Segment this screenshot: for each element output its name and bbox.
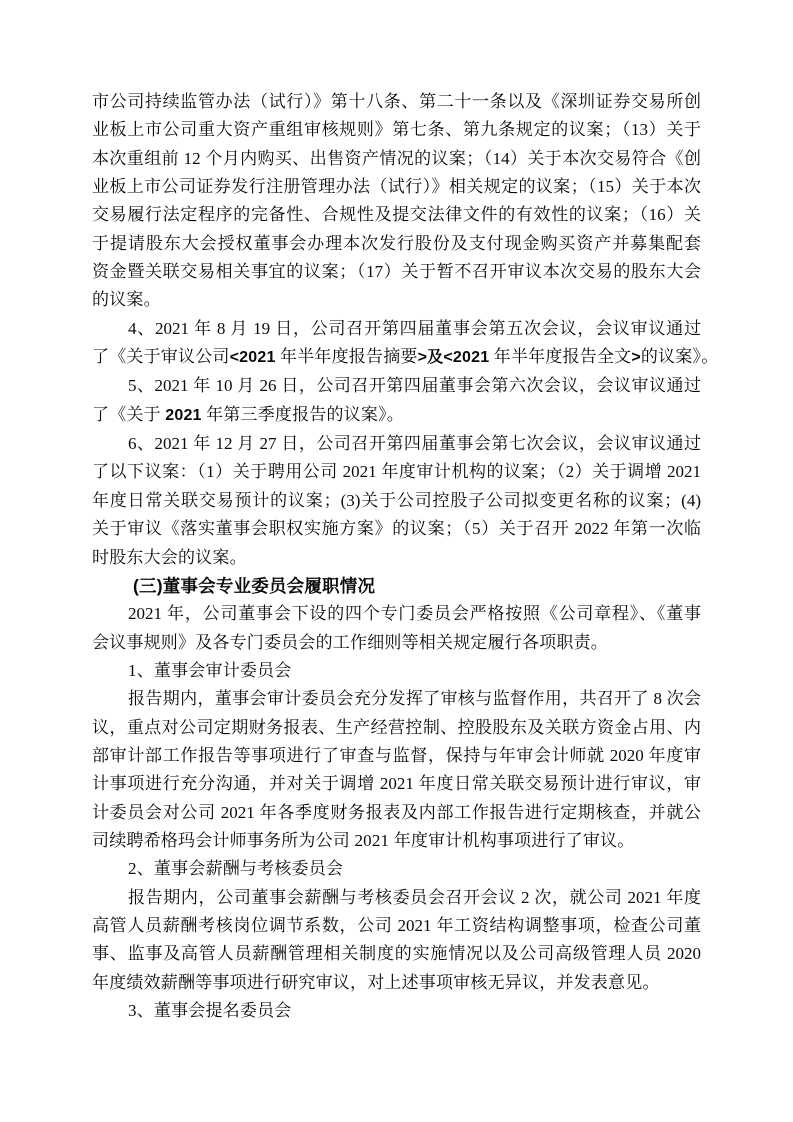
para-7-line-3: 事、监事及高管人员薪酬管理相关制度的实施情况以及公司高级管理人员 2020 xyxy=(92,940,701,968)
bold-number-segment: 2021 xyxy=(165,407,201,424)
para-4-line-4: 关于审议《落实董事会职权实施方案》的议案；（5）关于召开 2022 年第一次临 xyxy=(92,515,701,543)
para-6-line-2: 议，重点对公司定期财务报表、生产经营控制、控股股东及关联方资金占用、内 xyxy=(92,714,701,742)
text-segment: 部审计部工作报告等事项进行了审查与监督，保持与年审会计师就 2020 年度审 xyxy=(92,746,701,765)
para-6-line-6: 司续聘希格玛会计师事务所为公司 2021 年度审计机构事项进行了审议。 xyxy=(92,827,701,855)
text-segment: (三)董事会专业委员会履职情况 xyxy=(133,576,375,596)
text-segment: 业板上市公司证券发行注册管理办法（试行）》相关规定的议案；（15）关于本次 xyxy=(92,177,701,196)
text-segment: 高管人员薪酬考核岗位调节系数，公司 2021 年工资结构调整事项，检查公司董 xyxy=(92,916,701,935)
text-segment: 年度绩效薪酬等事项进行研究审议，对上述事项审核无异议，并发表意见。 xyxy=(92,973,660,992)
text-segment: 本次重组前 12 个月内购买、出售资产情况的议案；（14）关于本次交易符合《创 xyxy=(92,149,701,168)
text-segment: 2、董事会薪酬与考核委员会 xyxy=(128,859,343,878)
para-7-line-1: 报告期内，公司董事会薪酬与考核委员会召开会议 2 次，就公司 2021 年度 xyxy=(92,884,701,912)
subheading-3: 3、董事会提名委员会 xyxy=(92,997,701,1025)
subheading-1: 1、董事会审计委员会 xyxy=(92,657,701,685)
text-segment: 事、监事及高管人员薪酬管理相关制度的实施情况以及公司高级管理人员 2020 xyxy=(92,944,701,963)
text-segment: 资金暨关联交易相关事宜的议案；（17）关于暂不召开审议本次交易的股东大会 xyxy=(92,262,701,281)
para-7-line-4: 年度绩效薪酬等事项进行研究审议，对上述事项审核无异议，并发表意见。 xyxy=(92,969,701,997)
section-heading: (三)董事会专业委员会履职情况 xyxy=(92,572,701,600)
text-segment: 于提请股东大会授权董事会办理本次发行股份及支付现金购买资产并募集配套 xyxy=(92,234,701,253)
bold-number-segment: >及<2021 xyxy=(418,349,490,366)
para-1-line-5: 交易履行法定程序的完备性、合规性及提交法律文件的有效性的议案；（16）关 xyxy=(92,201,701,229)
para-3-line-1: 5、2021 年 10 月 26 日，公司召开第四届董事会第六次会议，会议审议通… xyxy=(92,372,701,400)
text-segment: 了《关于 xyxy=(92,405,165,424)
text-segment: 报告期内，董事会审计委员会充分发挥了审核与监督作用，共召开了 8 次会 xyxy=(128,689,701,708)
text-segment: 的议案。 xyxy=(92,290,161,309)
para-1-line-7: 资金暨关联交易相关事宜的议案；（17）关于暂不召开审议本次交易的股东大会 xyxy=(92,258,701,286)
para-4-line-5: 时股东大会的议案。 xyxy=(92,544,701,572)
para-6-line-3: 部审计部工作报告等事项进行了审查与监督，保持与年审会计师就 2020 年度审 xyxy=(92,742,701,770)
text-segment: 1、董事会审计委员会 xyxy=(128,661,292,680)
para-6-line-4: 计事项进行充分沟通，并对关于调增 2021 年度日常关联交易预计进行审议，审 xyxy=(92,770,701,798)
text-segment: 会议事规则》及各专门委员会的工作细则等相关规定履行各项职责。 xyxy=(92,633,608,652)
bold-number-segment: > xyxy=(631,349,641,366)
para-6-line-1: 报告期内，董事会审计委员会充分发挥了审核与监督作用，共召开了 8 次会 xyxy=(92,685,701,713)
para-3-line-2: 了《关于 2021 年第三季度报告的议案》。 xyxy=(92,401,701,430)
document-content: 市公司持续监管办法（试行）》第十八条、第二十一条以及《深圳证券交易所创业板上市公… xyxy=(92,88,701,1025)
para-4-line-3: 年度日常关联交易预计的议案；(3)关于公司控股子公司拟变更名称的议案；(4) xyxy=(92,487,701,515)
para-1-line-1: 市公司持续监管办法（试行）》第十八条、第二十一条以及《深圳证券交易所创 xyxy=(92,88,701,116)
para-5-line-1: 2021 年，公司董事会下设的四个专门委员会严格按照《公司章程》、《董事 xyxy=(92,600,701,628)
para-1-line-3: 本次重组前 12 个月内购买、出售资产情况的议案；（14）关于本次交易符合《创 xyxy=(92,145,701,173)
text-segment: 了《关于审议公司 xyxy=(92,347,230,366)
text-segment: 报告期内，公司董事会薪酬与考核委员会召开会议 2 次，就公司 2021 年度 xyxy=(128,888,701,907)
text-segment: 年半年度报告摘要 xyxy=(276,347,418,366)
para-2-line-2: 了《关于审议公司<2021 年半年度报告摘要>及<2021 年半年度报告全文>的… xyxy=(92,343,701,372)
text-segment: 年度日常关联交易预计的议案；(3)关于公司控股子公司拟变更名称的议案；(4) xyxy=(92,491,701,510)
para-4-line-1: 6、2021 年 12 月 27 日，公司召开第四届董事会第七次会议，会议审议通… xyxy=(92,430,701,458)
para-7-line-2: 高管人员薪酬考核岗位调节系数，公司 2021 年工资结构调整事项，检查公司董 xyxy=(92,912,701,940)
text-segment: 市公司持续监管办法（试行）》第十八条、第二十一条以及《深圳证券交易所创 xyxy=(92,92,701,111)
para-6-line-5: 计委员会对公司 2021 年各季度财务报表及内部工作报告进行定期核查，并就公 xyxy=(92,799,701,827)
text-segment: 计事项进行充分沟通，并对关于调增 2021 年度日常关联交易预计进行审议，审 xyxy=(92,774,701,793)
para-1-line-4: 业板上市公司证券发行注册管理办法（试行）》相关规定的议案；（15）关于本次 xyxy=(92,173,701,201)
text-segment: 6、2021 年 12 月 27 日，公司召开第四届董事会第七次会议，会议审议通… xyxy=(128,434,701,453)
subheading-2: 2、董事会薪酬与考核委员会 xyxy=(92,855,701,883)
para-1-line-6: 于提请股东大会授权董事会办理本次发行股份及支付现金购买资产并募集配套 xyxy=(92,230,701,258)
text-segment: 了以下议案：（1）关于聘用公司 2021 年度审计机构的议案；（2）关于调增 2… xyxy=(92,462,701,481)
para-4-line-2: 了以下议案：（1）关于聘用公司 2021 年度审计机构的议案；（2）关于调增 2… xyxy=(92,458,701,486)
text-segment: 5、2021 年 10 月 26 日，公司召开第四届董事会第六次会议，会议审议通… xyxy=(128,376,701,395)
text-segment: 交易履行法定程序的完备性、合规性及提交法律文件的有效性的议案；（16）关 xyxy=(92,205,701,224)
para-1-line-8: 的议案。 xyxy=(92,286,701,314)
para-2-line-1: 4、2021 年 8 月 19 日，公司召开第四届董事会第五次会议，会议审议通过 xyxy=(92,315,701,343)
para-5-line-2: 会议事规则》及各专门委员会的工作细则等相关规定履行各项职责。 xyxy=(92,629,701,657)
text-segment: 4、2021 年 8 月 19 日，公司召开第四届董事会第五次会议，会议审议通过 xyxy=(128,319,701,338)
text-segment: 年第三季度报告的议案》。 xyxy=(202,405,404,424)
text-segment: 3、董事会提名委员会 xyxy=(128,1001,292,1020)
text-segment: 2021 年，公司董事会下设的四个专门委员会严格按照《公司章程》、《董事 xyxy=(128,604,701,623)
para-1-line-2: 业板上市公司重大资产重组审核规则》第七条、第九条规定的议案；（13）关于 xyxy=(92,116,701,144)
text-segment: 关于审议《落实董事会职权实施方案》的议案；（5）关于召开 2022 年第一次临 xyxy=(92,519,701,538)
bold-number-segment: <2021 xyxy=(230,349,276,366)
text-segment: 议，重点对公司定期财务报表、生产经营控制、控股股东及关联方资金占用、内 xyxy=(92,718,701,737)
text-segment: 时股东大会的议案。 xyxy=(92,548,247,567)
text-segment: 计委员会对公司 2021 年各季度财务报表及内部工作报告进行定期核查，并就公 xyxy=(92,803,701,822)
text-segment: 业板上市公司重大资产重组审核规则》第七条、第九条规定的议案；（13）关于 xyxy=(92,120,701,139)
document-page: 市公司持续监管办法（试行）》第十八条、第二十一条以及《深圳证券交易所创业板上市公… xyxy=(0,0,793,1122)
text-segment: 的议案》。 xyxy=(641,347,719,366)
text-segment: 司续聘希格玛会计师事务所为公司 2021 年度审计机构事项进行了审议。 xyxy=(92,831,635,850)
text-segment: 年半年度报告全文 xyxy=(489,347,631,366)
